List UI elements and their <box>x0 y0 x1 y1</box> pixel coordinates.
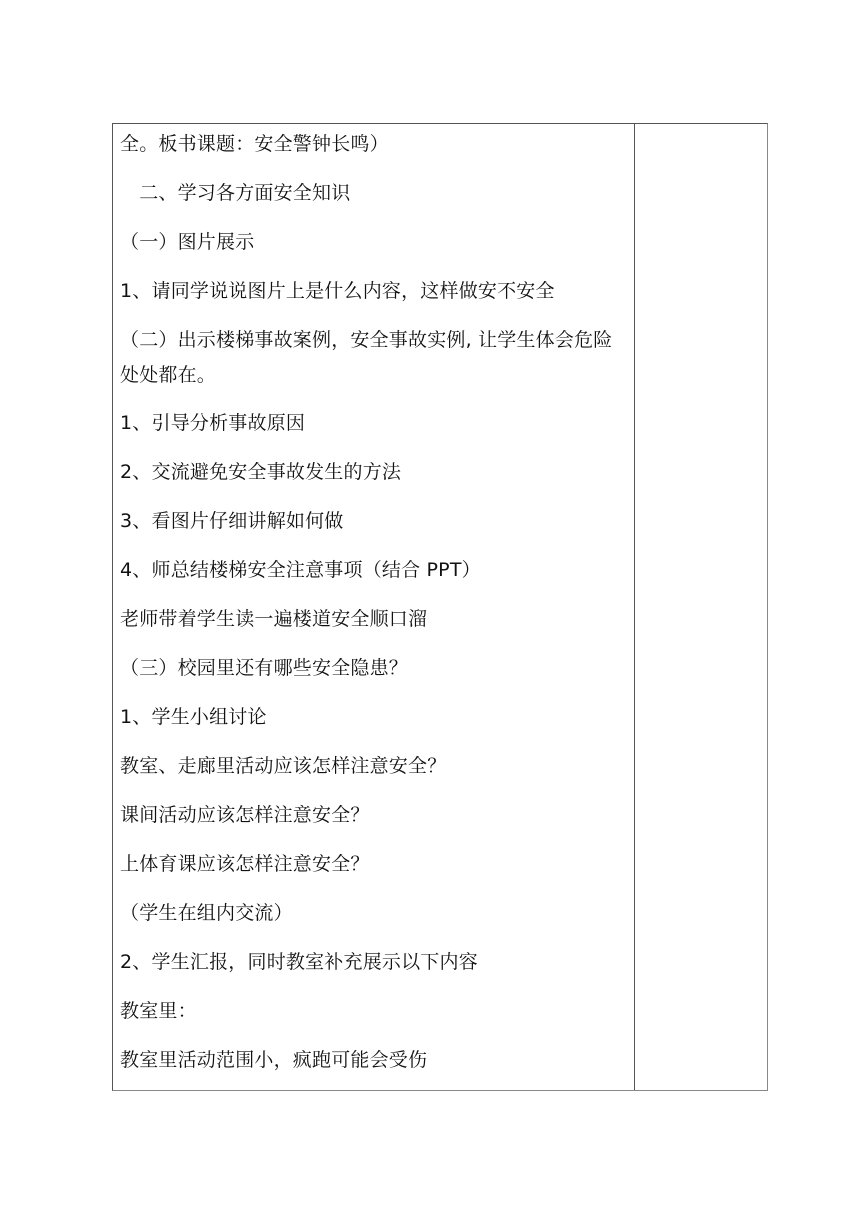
notes-cell <box>635 124 767 1090</box>
text-line: 1、引导分析事故原因 <box>120 411 305 435</box>
subsection-heading: （二）出示楼梯事故案例，安全事故实例, 让学生体会危险处处都在。 <box>120 323 628 393</box>
text-line: 1、请同学说说图片上是什么内容，这样做安不安全 <box>120 279 555 303</box>
text-line: 全。板书课题：安全警钟长鸣） <box>120 132 389 156</box>
text-line: 1、学生小组讨论 <box>120 705 267 729</box>
text-line: 上体育课应该怎样注意安全？ <box>120 852 370 876</box>
section-heading: 二、学习各方面安全知识 <box>120 181 350 205</box>
text-line: （学生在组内交流） <box>120 901 293 925</box>
lesson-plan-table: 全。板书课题：安全警钟长鸣） 二、学习各方面安全知识 （一）图片展示 1、请同学… <box>112 123 768 1091</box>
text-line: 2、交流避免安全事故发生的方法 <box>120 460 401 484</box>
text-line: 教室里活动范围小，疯跑可能会受伤 <box>120 1048 427 1072</box>
subsection-heading: （一）图片展示 <box>120 230 254 254</box>
text-line: 教室里： <box>120 999 197 1023</box>
text-line: 老师带着学生读一遍楼道安全顺口溜 <box>120 607 427 631</box>
lesson-content-cell: 全。板书课题：安全警钟长鸣） 二、学习各方面安全知识 （一）图片展示 1、请同学… <box>113 124 635 1090</box>
subsection-heading: （三）校园里还有哪些安全隐患？ <box>120 656 408 680</box>
text-line: 4、师总结楼梯安全注意事项（结合 PPT） <box>120 558 481 582</box>
text-line: 3、看图片仔细讲解如何做 <box>120 509 344 533</box>
text-line: 2、学生汇报，同时教室补充展示以下内容 <box>120 950 478 974</box>
text-line: 课间活动应该怎样注意安全？ <box>120 803 370 827</box>
text-line: 教室、走廊里活动应该怎样注意安全？ <box>120 754 446 778</box>
